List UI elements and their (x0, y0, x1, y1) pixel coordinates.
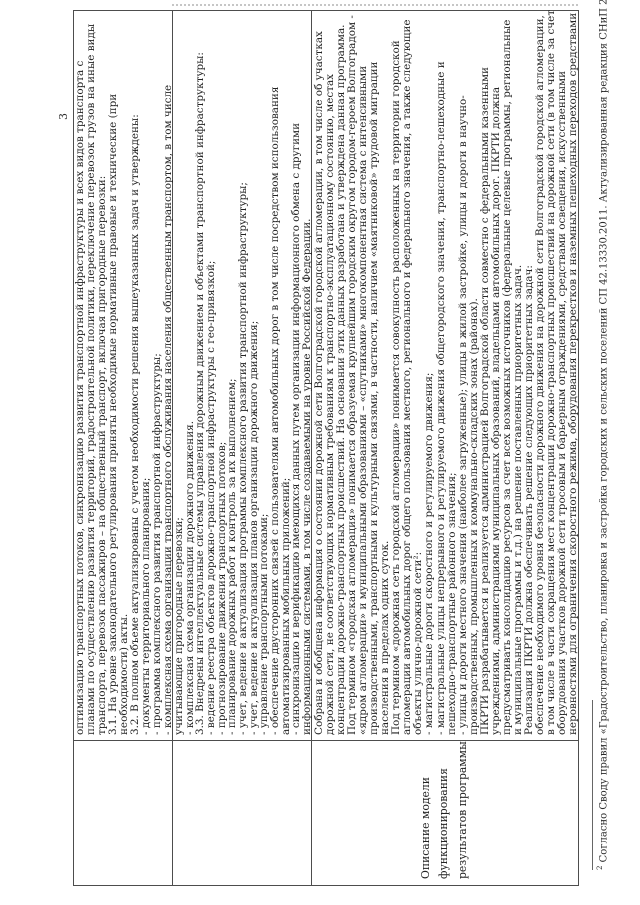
page-number: 3 (57, 113, 70, 120)
scan-noise-edge (172, 4, 578, 6)
table-border-left (73, 885, 579, 886)
row-label-cell: Описание моделифункционированиярезультат… (311, 737, 578, 885)
text-line: - улицы и дороги местного значения (наиб… (458, 11, 469, 735)
text-line: результатов программы (454, 737, 473, 879)
content-cell-row-1: оптимизацию транспортных потоков, синхро… (75, 11, 174, 735)
footnote-separator (592, 700, 593, 870)
text-line: - магистральные улицы непрерывного и рег… (436, 11, 447, 735)
footnote-text: Согласно Своду правил «Градостроительств… (598, 0, 609, 866)
text-line: пешеходно-транспортные районного значени… (447, 11, 458, 735)
text-line: - обеспечение двусторонних связей с поль… (270, 11, 281, 735)
rotated-page-content: 3 Описание моделифункционированиярезульт… (0, 0, 640, 905)
text-line: - магистральные дороги скоростного и рег… (424, 11, 435, 735)
text-line: неровностями для ограничения скоростного… (568, 11, 579, 735)
text-line: функционирования (435, 737, 454, 879)
footnote: 2 Согласно Своду правил «Градостроительс… (596, 50, 609, 870)
content-cell-row-3: Собрана и обобщена информация о состояни… (314, 11, 579, 735)
text-line: - учет, ведение и актуализация программы… (238, 11, 249, 735)
footnote-marker: 2 (596, 866, 604, 870)
content-cell-row-2: учитывающие пригородные перевозки;- комп… (174, 11, 313, 735)
text-line: информационными системами, в том числе с… (302, 11, 313, 735)
text-line: Описание модели (417, 737, 436, 879)
document-page: 3 Описание моделифункционированиярезульт… (0, 0, 640, 905)
